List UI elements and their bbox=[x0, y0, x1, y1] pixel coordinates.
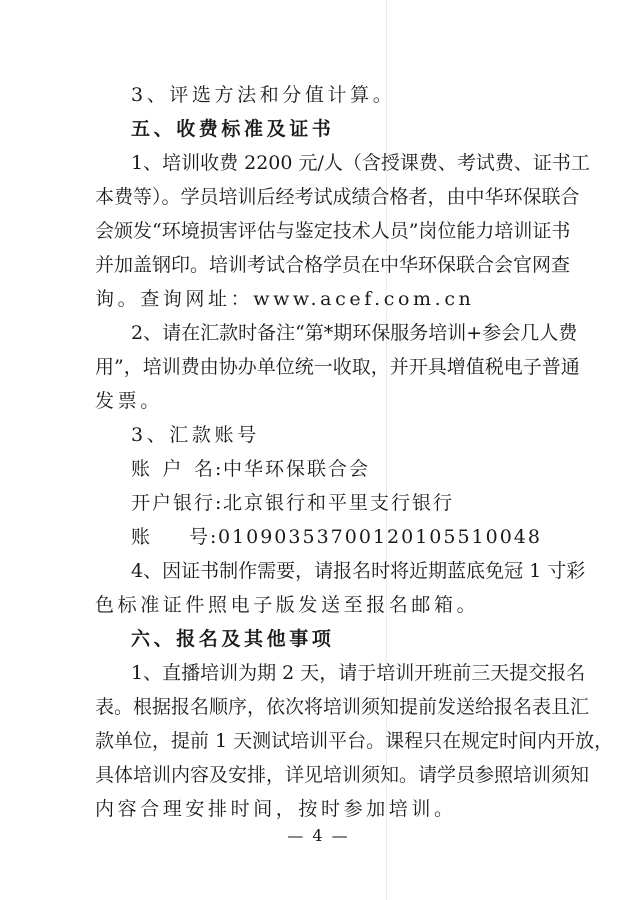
account-name-value: 中华环保联合会 bbox=[223, 452, 370, 486]
paragraph-line: 1、培训收费 2200 元/人（含授课费、考试费、证书工 bbox=[95, 146, 542, 180]
account-name-row: 账户名:中华环保联合会 bbox=[95, 452, 542, 486]
paragraph-line: 本费等）。学员培训后经考试成绩合格者，由中华环保联合 bbox=[95, 180, 542, 214]
paragraph-line: 4、因证书制作需要，请报名时将近期蓝底免冠 1 寸彩 bbox=[95, 554, 542, 588]
paragraph-line: 色标准证件照电子版发送至报名邮箱。 bbox=[95, 588, 542, 622]
page-number: — 4 — bbox=[0, 826, 637, 845]
paragraph-line: 会颁发“环境损害评估与鉴定技术人员”岗位能力培训证书 bbox=[95, 214, 542, 248]
bank-value: 北京银行和平里支行银行 bbox=[223, 486, 454, 520]
bank-row: 开户银行:北京银行和平里支行银行 bbox=[95, 486, 542, 520]
paragraph-line: 1、直播培训为期 2 天，请于培训开班前三天提交报名 bbox=[95, 656, 542, 690]
paragraph-line: 并加盖钢印。培训考试合格学员在中华环保联合会官网查 bbox=[95, 248, 542, 282]
remittance-heading: 3、汇款账号 bbox=[95, 418, 542, 452]
paragraph-line: 用”，培训费由协办单位统一收取，并开具增值税电子普通 bbox=[95, 350, 542, 384]
section-heading-registration: 六、报名及其他事项 bbox=[95, 622, 542, 656]
paragraph-line: 2、请在汇款时备注“第*期环保服务培训+参会几人费 bbox=[95, 316, 542, 350]
paragraph-line: 3、评选方法和分值计算。 bbox=[95, 78, 542, 112]
paragraph-line: 具体培训内容及安排，详见培训须知。请学员参照培训须知 bbox=[95, 758, 542, 792]
account-number-row: 账号:01090353700120105510048 bbox=[95, 520, 542, 554]
bank-label: 开户银行 bbox=[131, 486, 215, 520]
query-url-line: 询。查询网址：www.acef.com.cn bbox=[95, 282, 542, 316]
account-number-label: 账号 bbox=[131, 520, 210, 554]
section-heading-fees: 五、收费标准及证书 bbox=[95, 112, 542, 146]
account-number-value: 01090353700120105510048 bbox=[218, 520, 542, 554]
document-page: 3、评选方法和分值计算。 五、收费标准及证书 1、培训收费 2200 元/人（含… bbox=[95, 78, 542, 826]
paragraph-line: 款单位，提前 1 天测试培训平台。课程只在规定时间内开放， bbox=[95, 724, 542, 758]
paragraph-line: 表。根据报名顺序，依次将培训须知提前发送给报名表且汇 bbox=[95, 690, 542, 724]
paragraph-line: 发票。 bbox=[95, 384, 542, 418]
account-name-label: 账户名 bbox=[131, 452, 215, 486]
paragraph-line: 内容合理安排时间，按时参加培训。 bbox=[95, 792, 542, 826]
